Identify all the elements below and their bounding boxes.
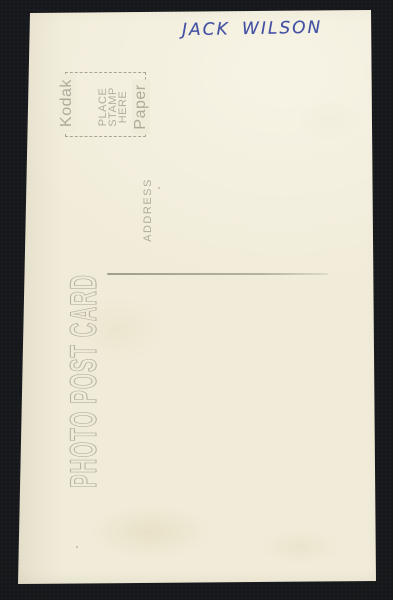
place-stamp-here-line: HERE bbox=[118, 87, 128, 127]
address-label: ADDRESS bbox=[142, 178, 154, 242]
address-divider-line bbox=[107, 273, 328, 275]
photo-of-postcard-back: JACK WILSON Kodak Paper PLACE STAMP HERE… bbox=[0, 0, 393, 600]
place-stamp-here-label: PLACE STAMP HERE bbox=[98, 87, 128, 127]
handwritten-name: JACK WILSON bbox=[182, 18, 323, 40]
kodak-brand-label: Kodak bbox=[58, 74, 76, 132]
postcard-back: JACK WILSON Kodak Paper PLACE STAMP HERE… bbox=[0, 0, 393, 600]
photo-post-card-title: PHOTO POST CARD bbox=[63, 274, 105, 488]
paper-speck bbox=[158, 187, 160, 189]
kodak-paper-label: Paper bbox=[132, 79, 150, 134]
paper-speck bbox=[76, 546, 78, 548]
